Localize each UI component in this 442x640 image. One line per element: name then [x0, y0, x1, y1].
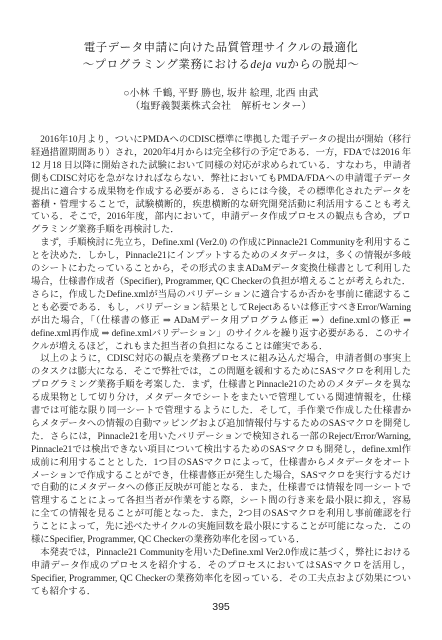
abstract-body: 2016年10月より，ついにPMDAへのCDISC標準に準拠した電子データの提出…	[31, 134, 411, 599]
abstract-paragraph-3: 以上のように，CDISC対応の観点を業務プロセスに組み込んだ場合，申請者側の事実…	[31, 353, 411, 547]
paper-header: 電子データ申請に向けた品質管理サイクルの最適化 ～プログラミング業務におけるde…	[0, 0, 442, 113]
paper-subtitle-prefix: ～プログラミング業務における	[83, 59, 251, 71]
abstract-paragraph-1: 2016年10月より，ついにPMDAへのCDISC標準に準拠した電子データの提出…	[31, 134, 411, 237]
paper-subtitle-dejavu-italic: deja vu	[250, 59, 287, 71]
abstract-paragraph-2: まず，手順検討に先立ち，Define.xml (Ver2.0) の作成にPinn…	[31, 237, 411, 353]
page-number: 395	[0, 601, 442, 613]
paper-page: 電子データ申請に向けた品質管理サイクルの最適化 ～プログラミング業務におけるde…	[0, 0, 442, 640]
authors-line: ○小林 千鶴, 平野 勝也, 坂井 絵理, 北西 由武	[0, 87, 442, 100]
paper-subtitle: ～プログラミング業務におけるdeja vuからの脱却～	[0, 57, 442, 74]
paper-title: 電子データ申請に向けた品質管理サイクルの最適化	[0, 40, 442, 57]
affiliation-line: （塩野義製薬株式会社 解析センター）	[0, 100, 442, 113]
paper-subtitle-suffix: からの脱却～	[287, 59, 359, 71]
abstract-paragraph-4: 本発表では，Pinnacle21 Communityを用いたDefine.xml…	[31, 547, 411, 599]
